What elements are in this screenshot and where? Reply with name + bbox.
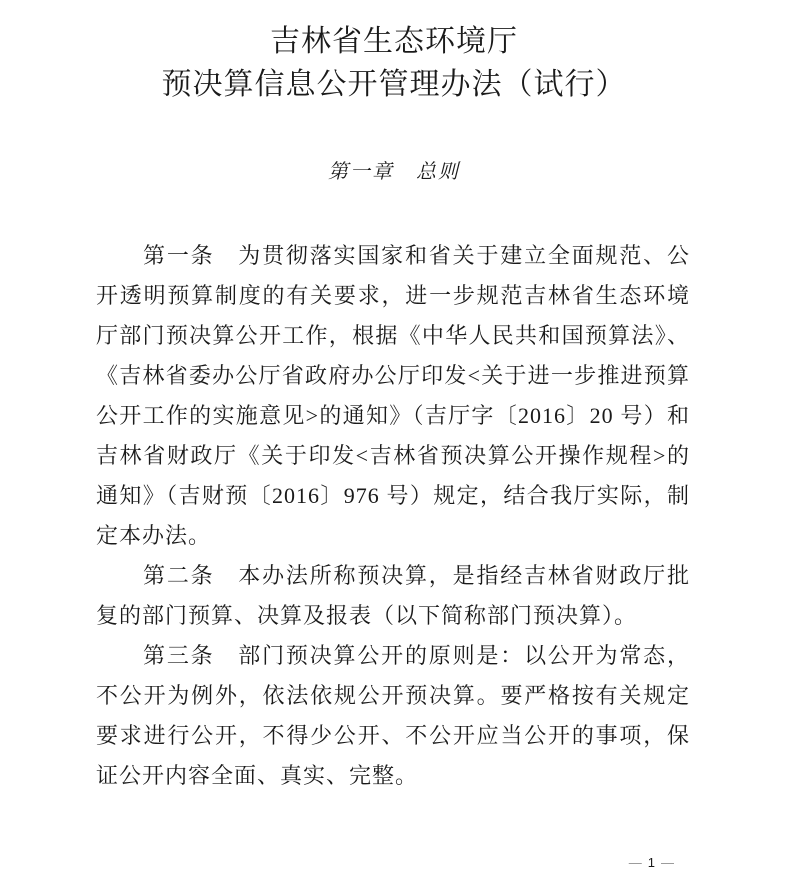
paragraph-article-2: 第二条 本办法所称预决算，是指经吉林省财政厅批复的部门预算、决算及报表（以下简称… (96, 556, 690, 636)
footer-left-dash: — (629, 855, 642, 871)
document-page: 吉林省生态环境厅 预决算信息公开管理办法（试行） 第一章 总则 第一条 为贯彻落… (0, 0, 788, 895)
document-title-line1: 吉林省生态环境厅 (0, 20, 788, 63)
paragraph-article-1: 第一条 为贯彻落实国家和省关于建立全面规范、公开透明预算制度的有关要求，进一步规… (96, 236, 690, 556)
chapter-heading: 第一章 总则 (0, 158, 788, 186)
document-title: 吉林省生态环境厅 预决算信息公开管理办法（试行） (0, 0, 788, 106)
document-body: 第一条 为贯彻落实国家和省关于建立全面规范、公开透明预算制度的有关要求，进一步规… (0, 236, 788, 796)
paragraph-article-3: 第三条 部门预决算公开的原则是：以公开为常态，不公开为例外，依法依规公开预决算。… (96, 636, 690, 796)
footer-right-dash: — (661, 855, 674, 871)
page-footer: — 1 — (629, 855, 674, 871)
document-title-line2: 预决算信息公开管理办法（试行） (0, 63, 788, 106)
page-number: 1 (648, 855, 655, 871)
